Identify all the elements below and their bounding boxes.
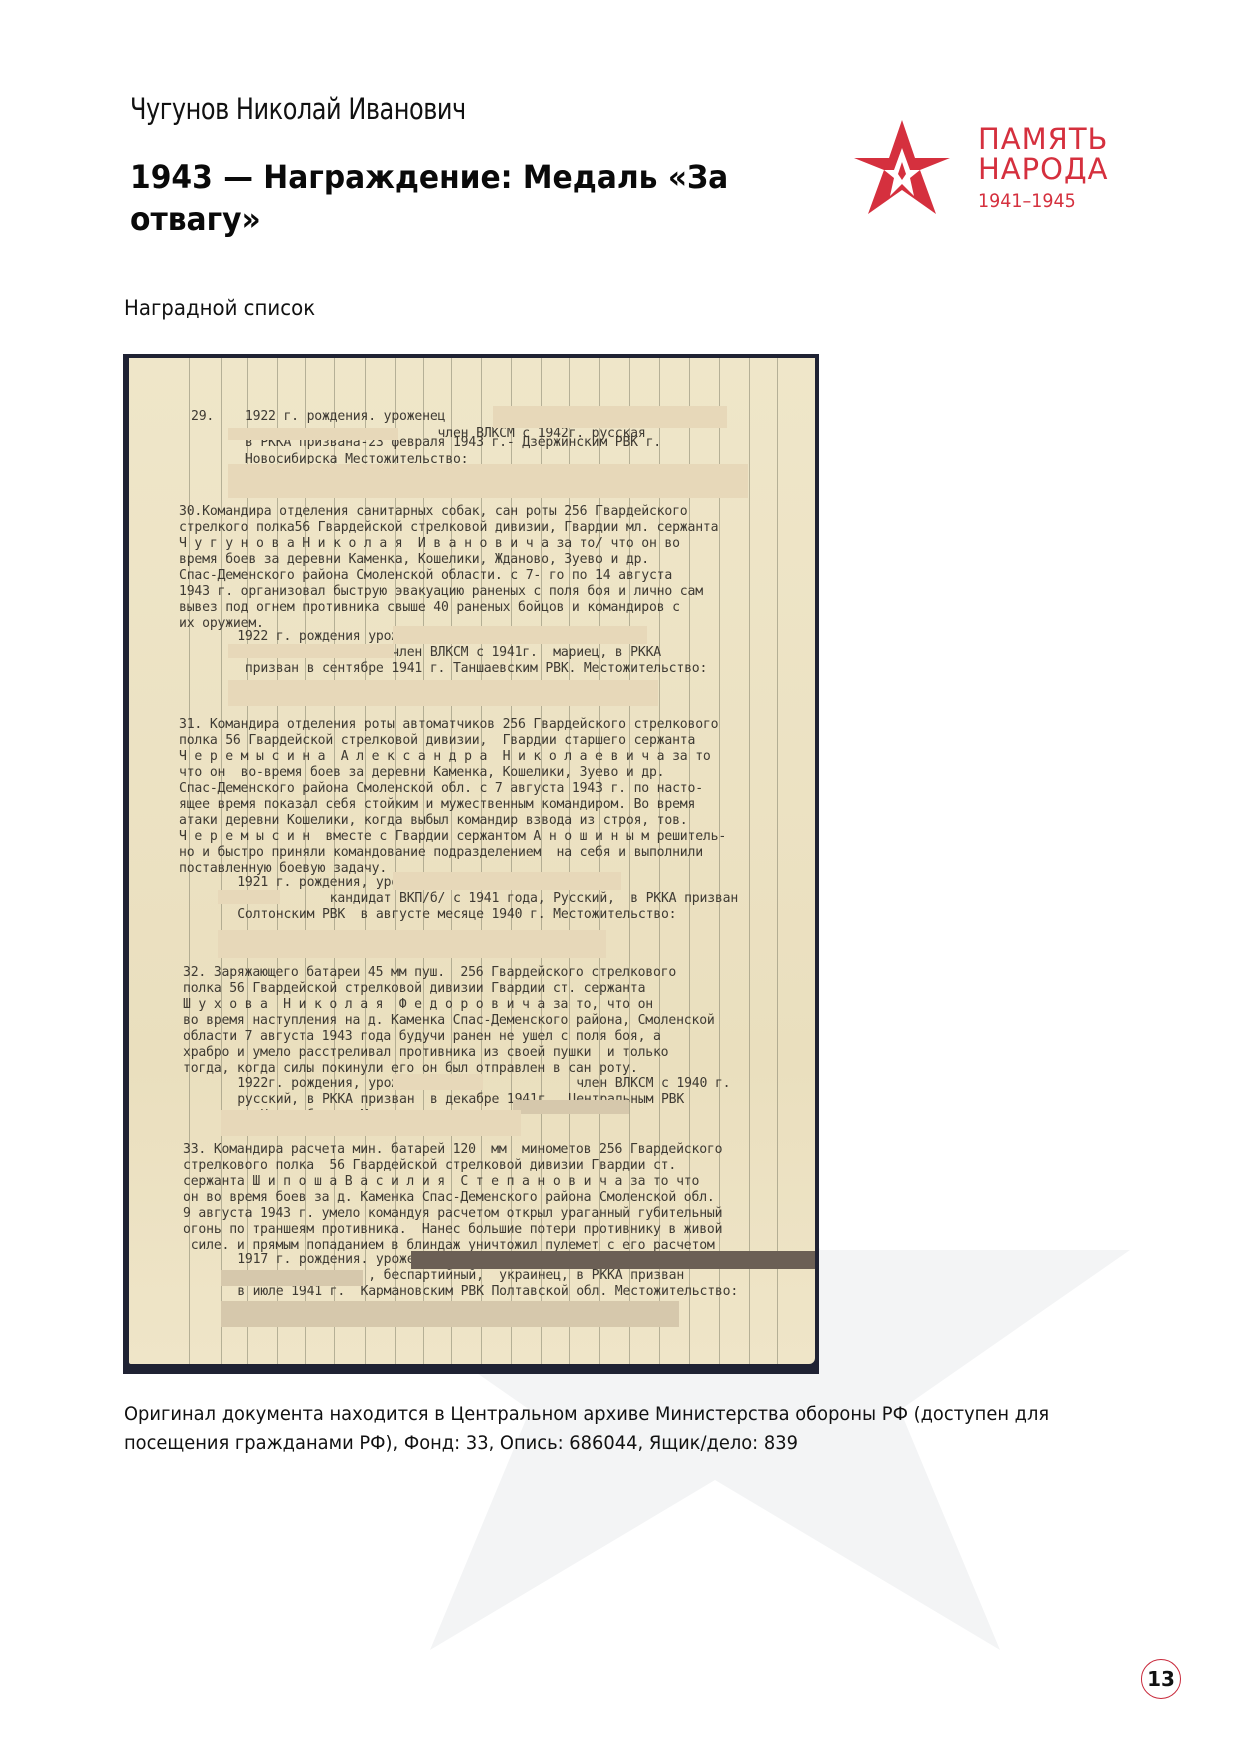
entry-33-line: 33. Командира расчета мин. батарей 120 м… bbox=[183, 1141, 722, 1158]
entry-30-line: 1943 г. организовал быструю эвакуацию ра… bbox=[179, 583, 703, 600]
entry-33-line: он во время боев за д. Каменка Спас-Деме… bbox=[183, 1189, 715, 1206]
entry-30-line: стрелкого полка56 Гвардейской стрелковой… bbox=[179, 519, 718, 536]
entry-31-line: полка 56 Гвардейской стрелковой дивизии,… bbox=[179, 732, 695, 749]
redacted-block bbox=[228, 464, 748, 498]
entry-31-line: Ч е р е м ы с и н а А л е к с а н д р а … bbox=[179, 748, 711, 765]
redacted-block bbox=[221, 1270, 363, 1286]
person-name: Чугунов Николай Иванович bbox=[130, 92, 466, 126]
redacted-block bbox=[228, 428, 398, 440]
entry-29-line: 29. 1922 г. рождения. уроженец bbox=[191, 408, 445, 425]
entry-31-line: Спас-Деменского района Смоленской обл. с… bbox=[179, 780, 703, 797]
redacted-block bbox=[228, 644, 394, 658]
entry-30-line: Ч у г у н о в а Н и к о л а я И в а н о … bbox=[179, 535, 680, 552]
entry-30-line: вывез под огнем противника свыше 40 ране… bbox=[179, 599, 680, 616]
entry-31-line: 31. Командира отделения роты автоматчико… bbox=[179, 716, 718, 733]
entry-33-line: стрелкового полка 56 Гвардейской стрелко… bbox=[183, 1157, 676, 1174]
entry-31-line: Ч е р е м ы с и н вместе с Гвардии сержа… bbox=[179, 828, 726, 845]
redacted-block bbox=[493, 406, 727, 428]
entry-31-line: Солтонским РВК в августе месяце 1940 г. … bbox=[191, 906, 676, 923]
redacted-block bbox=[393, 626, 647, 644]
redacted-block bbox=[393, 872, 621, 890]
pamyat-naroda-logo: ПАМЯТЬ НАРОДА 1941–1945 bbox=[852, 118, 1132, 218]
entry-31-line: но и быстро приняли командование подразд… bbox=[179, 844, 703, 861]
entry-31-line: ящее время показал себя стойким и мужест… bbox=[179, 796, 695, 813]
entry-30-line: 30.Командира отделения санитарных собак,… bbox=[179, 503, 688, 520]
entry-30-line: время боев за деревни Каменка, Кошелики,… bbox=[179, 551, 649, 568]
entry-32-line: области 7 августа 1943 года будучи ранен… bbox=[183, 1028, 661, 1045]
redacted-block bbox=[513, 1100, 629, 1114]
ruling-line bbox=[777, 358, 778, 1364]
document-type-label: Наградной список bbox=[124, 296, 315, 320]
redacted-block bbox=[221, 1301, 679, 1327]
red-star-icon bbox=[852, 118, 952, 218]
entry-32-line: 32. Заряжающего батареи 45 мм пуш. 256 Г… bbox=[183, 964, 676, 981]
redacted-block bbox=[411, 1251, 815, 1269]
redacted-block bbox=[218, 930, 606, 958]
entry-31-line: атаки деревни Кошелики, когда выбыл кома… bbox=[179, 812, 688, 829]
entry-33-line: огонь по траншеям противника. Нанес боль… bbox=[183, 1221, 722, 1238]
logo-line-2: НАРОДА bbox=[978, 154, 1108, 184]
archive-caption: Оригинал документа находится в Центральн… bbox=[124, 1400, 1064, 1458]
logo-years: 1941–1945 bbox=[978, 190, 1076, 212]
logo-line-1: ПАМЯТЬ bbox=[978, 124, 1108, 154]
ruling-line bbox=[749, 358, 750, 1364]
entry-32-line: полка 56 Гвардейской стрелковой дивизии … bbox=[183, 980, 645, 997]
entry-30-line: Спас-Деменского района Смоленской област… bbox=[179, 567, 672, 584]
document-paper: 29. 1922 г. рождения. уроженец член ВЛКС… bbox=[129, 358, 815, 1364]
entry-33-line: 9 августа 1943 г. умело командуя расчето… bbox=[183, 1205, 722, 1222]
entry-32-line: во время наступления на д. Каменка Спас-… bbox=[183, 1012, 715, 1029]
redacted-block bbox=[393, 1074, 483, 1090]
entry-30-line: призван в сентябре 1941 г. Таншаевским Р… bbox=[191, 660, 707, 677]
page-number-badge: 13 bbox=[1141, 1659, 1181, 1699]
redacted-block bbox=[221, 1110, 521, 1136]
award-title: 1943 — Награждение: Медаль «За отвагу» bbox=[130, 156, 781, 240]
document-scan: 29. 1922 г. рождения. уроженец член ВЛКС… bbox=[123, 354, 819, 1374]
redacted-block bbox=[218, 890, 280, 904]
entry-31-line: что он во-время боев за деревни Каменка,… bbox=[179, 764, 664, 781]
entry-33-line: 1917 г. рождения. уроженец bbox=[191, 1251, 438, 1268]
entry-33-line: сержанта Ш и п о ш а В а с и л и я С т е… bbox=[183, 1173, 699, 1190]
entry-32-line: храбро и умело расстреливал противника и… bbox=[183, 1044, 668, 1061]
redacted-block bbox=[228, 680, 658, 706]
entry-32-line: Ш у х о в а Н и к о л а я Ф е д о р о в … bbox=[183, 996, 653, 1013]
